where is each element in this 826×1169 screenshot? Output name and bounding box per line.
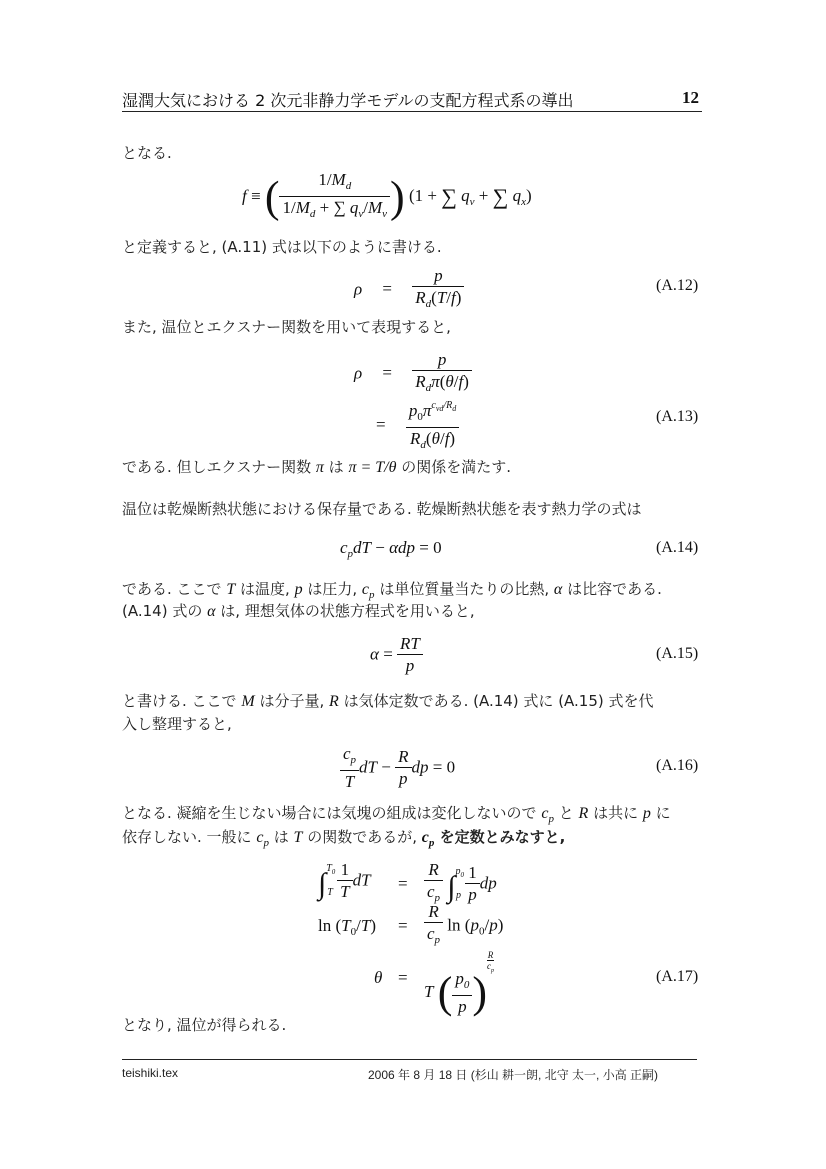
equation-a17-line2: ln (T0/T) bbox=[318, 916, 376, 938]
equation-a17-line2-rhs: R cp ln (p0/p) bbox=[424, 902, 503, 951]
fraction: p Rdπ(θ/f) bbox=[412, 350, 472, 399]
fraction: p0 p bbox=[452, 969, 472, 1018]
equation-a13-line1: ρ = p Rdπ(θ/f) bbox=[354, 350, 472, 399]
fraction: 1 T bbox=[337, 860, 352, 903]
paragraph-text: 温位は乾燥断熱状態における保存量である. 乾燥断熱状態を表す熱力学の式は bbox=[122, 498, 642, 520]
paragraph-text: となり, 温位が得られる. bbox=[122, 1014, 286, 1036]
paragraph-text: となる. bbox=[122, 142, 172, 164]
equals-sign: = bbox=[398, 916, 408, 936]
equation-a13-line2: = p0πcvd/Rd Rd(θ/f) bbox=[376, 396, 459, 456]
paragraph-text: また, 温位とエクスナー関数を用いて表現すると, bbox=[122, 316, 451, 338]
footer-date-authors: 2006 年 8 月 18 日 (杉山 耕一朗, 北守 太一, 小高 正嗣) bbox=[368, 1066, 658, 1083]
equation-number: (A.14) bbox=[656, 539, 698, 557]
paragraph-text: (A.14) 式の α は, 理想気体の状態方程式を用いると, bbox=[122, 600, 475, 623]
paragraph-text: と定義すると, (A.11) 式は以下のように書ける. bbox=[122, 236, 442, 258]
equation-a14: cpdT − αdp = 0 bbox=[340, 538, 442, 560]
equals-sign: = bbox=[398, 968, 408, 988]
page-number: 12 bbox=[682, 88, 699, 108]
equation-a17-line3-lhs: θ bbox=[374, 968, 382, 988]
fraction: R cp bbox=[424, 902, 443, 951]
paragraph-text: と書ける. ここで M は分子量, R は気体定数である. (A.14) 式に … bbox=[122, 690, 654, 713]
running-header-title: 湿潤大気における 2 次元非静力学モデルの支配方程式系の導出 bbox=[122, 88, 574, 111]
equation-a15: α = RT p bbox=[370, 634, 423, 677]
equation-number: (A.16) bbox=[656, 757, 698, 775]
header-rule bbox=[122, 111, 702, 112]
equation-a16: cp T dT − R p dp = 0 bbox=[340, 744, 455, 793]
equation-number: (A.13) bbox=[656, 408, 698, 426]
equation-f-definition: f ≡ ( 1/Md 1/Md + ∑ qv/Mv ) (1 + ∑ qv + … bbox=[242, 170, 532, 225]
equation-a17-line1: ∫T0T 1 T dT bbox=[318, 860, 371, 903]
fraction: 1 p bbox=[465, 863, 480, 906]
equation-number: (A.15) bbox=[656, 645, 698, 663]
equation-a12: ρ = p Rd(T/f) bbox=[354, 266, 464, 315]
eq-symbol: f bbox=[242, 186, 247, 205]
fraction: p0πcvd/Rd Rd(θ/f) bbox=[406, 396, 459, 456]
eq-symbol: ≡ bbox=[251, 186, 261, 205]
footer-rule bbox=[122, 1059, 697, 1060]
fraction: R p bbox=[395, 747, 411, 790]
equation-number: (A.12) bbox=[656, 277, 698, 295]
fraction: p Rd(T/f) bbox=[412, 266, 464, 315]
equation-number: (A.17) bbox=[656, 968, 698, 986]
equals-sign: = bbox=[398, 874, 408, 894]
fraction: cp T bbox=[340, 744, 359, 793]
footer-filename: teishiki.tex bbox=[122, 1066, 178, 1080]
equation-a17-line3-rhs: T ( p0 p )Rcp bbox=[424, 950, 494, 1018]
paragraph-text: である. 但しエクスナー関数 π は π = T/θ の関係を満たす. bbox=[122, 456, 511, 479]
paragraph-text: 依存しない. 一般に cp は T の関数であるが, cp を定数とみなすと, bbox=[122, 826, 565, 854]
fraction: 1/Md 1/Md + ∑ qv/Mv bbox=[279, 170, 390, 225]
paragraph-text: 入し整理すると, bbox=[122, 713, 232, 735]
fraction: RT p bbox=[397, 634, 423, 677]
